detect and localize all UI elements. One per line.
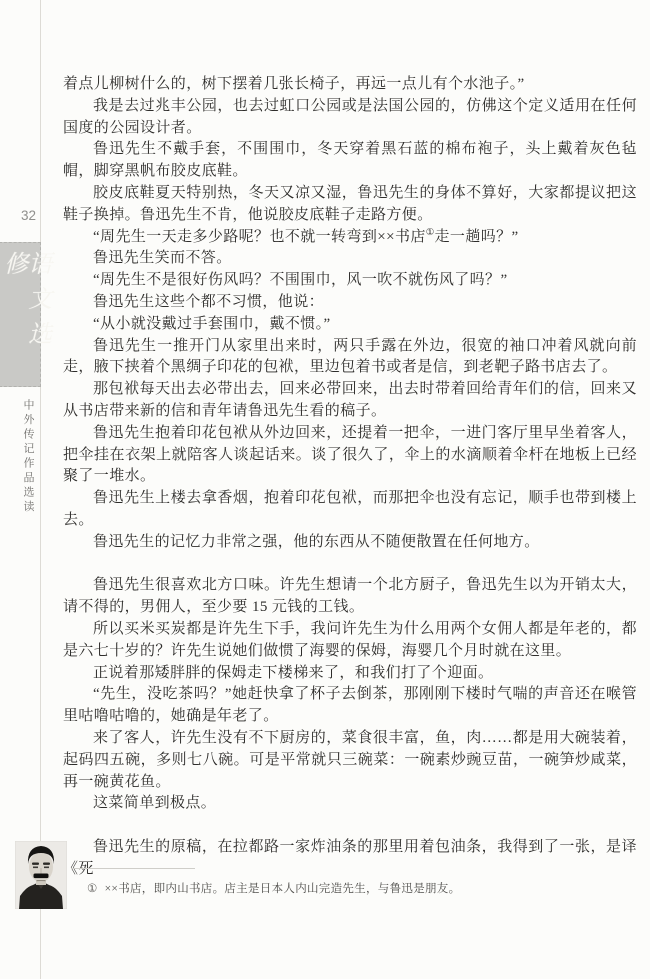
paragraph: 鲁迅先生的原稿，在拉都路一家炸油条的那里用着包油条，我得到了一张，是译《死 [63, 837, 637, 881]
page-number: 32 [0, 208, 36, 223]
paragraph: 鲁迅先生这些个都不习惯，他说： [63, 292, 637, 314]
text-run: “周先生不是很好伤风吗？不围围巾，风一吹不就伤风了吗？” [93, 272, 508, 288]
text-run: “从小就没戴过手套围巾，戴不惯。” [93, 316, 331, 332]
paragraph: 我是去过兆丰公园，也去过虹口公园或是法国公园的，仿佛这个定义适用在任何国度的公园… [63, 96, 637, 140]
text-run: “周先生一天走多少路呢？也不就一转弯到××书店 [93, 229, 426, 245]
paragraph: 这菜简单到极点。 [63, 793, 637, 815]
text-run: 我是去过兆丰公园，也去过虹口公园或是法国公园的，仿佛这个定义适用在任何国度的公园… [63, 98, 637, 136]
text-run: 鲁迅先生笑而不答。 [93, 250, 232, 266]
paragraph: 所以买米买炭都是许先生下手，我问许先生为什么用两个女佣人都是年老的，都是六七十岁… [63, 619, 637, 663]
footnote-text: ××书店，即内山书店。店主是日本人内山完造先生，与鲁迅是朋友。 [105, 883, 461, 895]
text-run: 这菜简单到极点。 [93, 795, 216, 811]
text-run: 胶皮底鞋夏天特别热，冬天又凉又湿，鲁迅先生的身体不算好，大家都提议把这鞋子换掉。… [63, 185, 637, 223]
text-run: 鲁迅先生抱着印花包袱从外边回来，还提着一把伞，一进门客厅里早坐着客人，把伞挂在衣… [63, 425, 637, 485]
paragraph: 胶皮底鞋夏天特别热，冬天又凉又湿，鲁迅先生的身体不算好，大家都提议把这鞋子换掉。… [63, 183, 637, 227]
paragraph: 来了客人，许先生没有不下厨房的，菜食很丰富，鱼，肉……都是用大碗装着，起码四五碗… [63, 728, 637, 793]
series-title-box: 语文选修 [0, 242, 41, 387]
text-run: 鲁迅先生这些个都不习惯，他说： [93, 294, 324, 310]
text-run: 来了客人，许先生没有不下厨房的，菜食很丰富，鱼，肉……都是用大碗装着，起码四五碗… [63, 730, 637, 790]
series-title: 语文选修 [2, 251, 50, 386]
footnote-divider [71, 868, 195, 869]
paragraph: 鲁迅先生的记忆力非常之强，他的东西从不随便散置在任何地方。 [63, 532, 637, 554]
text-run: 鲁迅先生的记忆力非常之强，他的东西从不随便散置在任何地方。 [93, 534, 540, 550]
text-run: “先生，没吃茶吗？”她赶快拿了杯子去倒茶，那刚刚下楼时气喘的声音还在喉管里咕噜咕… [63, 686, 637, 724]
book-subtitle: 中外传记作品选读 [20, 399, 36, 515]
footnote-marker: ① [87, 883, 98, 895]
text-run: 鲁迅先生不戴手套，不围围巾，冬天穿着黑石蓝的棉布袍子，头上戴着灰色毡帽，脚穿黑帆… [63, 141, 637, 179]
text-run: 所以买米买炭都是许先生下手，我问许先生为什么用两个女佣人都是年老的，都是六七十岁… [63, 621, 637, 659]
paragraph: 着点儿柳树什么的，树下摆着几张长椅子，再远一点儿有个水池子。” [63, 74, 637, 96]
paragraph: 正说着那矮胖胖的保姆走下楼梯来了，和我们打了个迎面。 [63, 663, 637, 685]
paragraph: “周先生一天走多少路呢？也不就一转弯到××书店①走一趟吗？” [63, 227, 637, 249]
paragraph: 鲁迅先生上楼去拿香烟，抱着印花包袱，而那把伞也没有忘记，顺手也带到楼上去。 [63, 488, 637, 532]
text-run: 正说着那矮胖胖的保姆走下楼梯来了，和我们打了个迎面。 [93, 665, 493, 681]
paragraph: “周先生不是很好伤风吗？不围围巾，风一吹不就伤风了吗？” [63, 270, 637, 292]
paragraph: 鲁迅先生抱着印花包袱从外边回来，还提着一把伞，一进门客厅里早坐着客人，把伞挂在衣… [63, 423, 637, 488]
footnote: ①××书店，即内山书店。店主是日本人内山完造先生，与鲁迅是朋友。 [87, 881, 627, 897]
paragraph: “先生，没吃茶吗？”她赶快拿了杯子去倒茶，那刚刚下楼时气喘的声音还在喉管里咕噜咕… [63, 684, 637, 728]
footnote-ref: ① [426, 228, 435, 238]
paragraph: 鲁迅先生笑而不答。 [63, 248, 637, 270]
page-content: 着点儿柳树什么的，树下摆着几张长椅子，再远一点儿有个水池子。”我是去过兆丰公园，… [63, 74, 637, 880]
text-run: 着点儿柳树什么的，树下摆着几张长椅子，再远一点儿有个水池子。” [63, 76, 525, 92]
luxun-portrait [15, 841, 67, 909]
paragraph: 鲁迅先生很喜欢北方口味。许先生想请一个北方厨子，鲁迅先生以为开销太大，请不得的，… [63, 575, 637, 619]
text-run: 鲁迅先生的原稿，在拉都路一家炸油条的那里用着包油条，我得到了一张，是译《死 [63, 839, 637, 877]
paragraph: 那包袱每天出去必带出去，回来必带回来，出去时带着回给青年们的信，回来又从书店带来… [63, 379, 637, 423]
text-run: 鲁迅先生很喜欢北方口味。许先生想请一个北方厨子，鲁迅先生以为开销太大，请不得的，… [63, 577, 637, 615]
paragraph: 鲁迅先生不戴手套，不围围巾，冬天穿着黑石蓝的棉布袍子，头上戴着灰色毡帽，脚穿黑帆… [63, 139, 637, 183]
text-run: 鲁迅先生一推开门从家里出来时，两只手露在外边，很宽的袖口冲着风就向前走，腋下挟着… [63, 338, 637, 376]
margin-rule [40, 0, 41, 979]
text-run: 走一趟吗？” [435, 229, 519, 245]
text-run: 鲁迅先生上楼去拿香烟，抱着印花包袱，而那把伞也没有忘记，顺手也带到楼上去。 [63, 490, 637, 528]
paragraph: “从小就没戴过手套围巾，戴不惯。” [63, 314, 637, 336]
body-text: 着点儿柳树什么的，树下摆着几张长椅子，再远一点儿有个水池子。”我是去过兆丰公园，… [63, 74, 637, 880]
paragraph: 鲁迅先生一推开门从家里出来时，两只手露在外边，很宽的袖口冲着风就向前走，腋下挟着… [63, 336, 637, 380]
book-page: 32 语文选修 中外传记作品选读 着点儿柳树什么的，树下摆着几张长椅子，再远一点… [0, 0, 650, 979]
text-run: 那包袱每天出去必带出去，回来必带回来，出去时带着回给青年们的信，回来又从书店带来… [63, 381, 637, 419]
